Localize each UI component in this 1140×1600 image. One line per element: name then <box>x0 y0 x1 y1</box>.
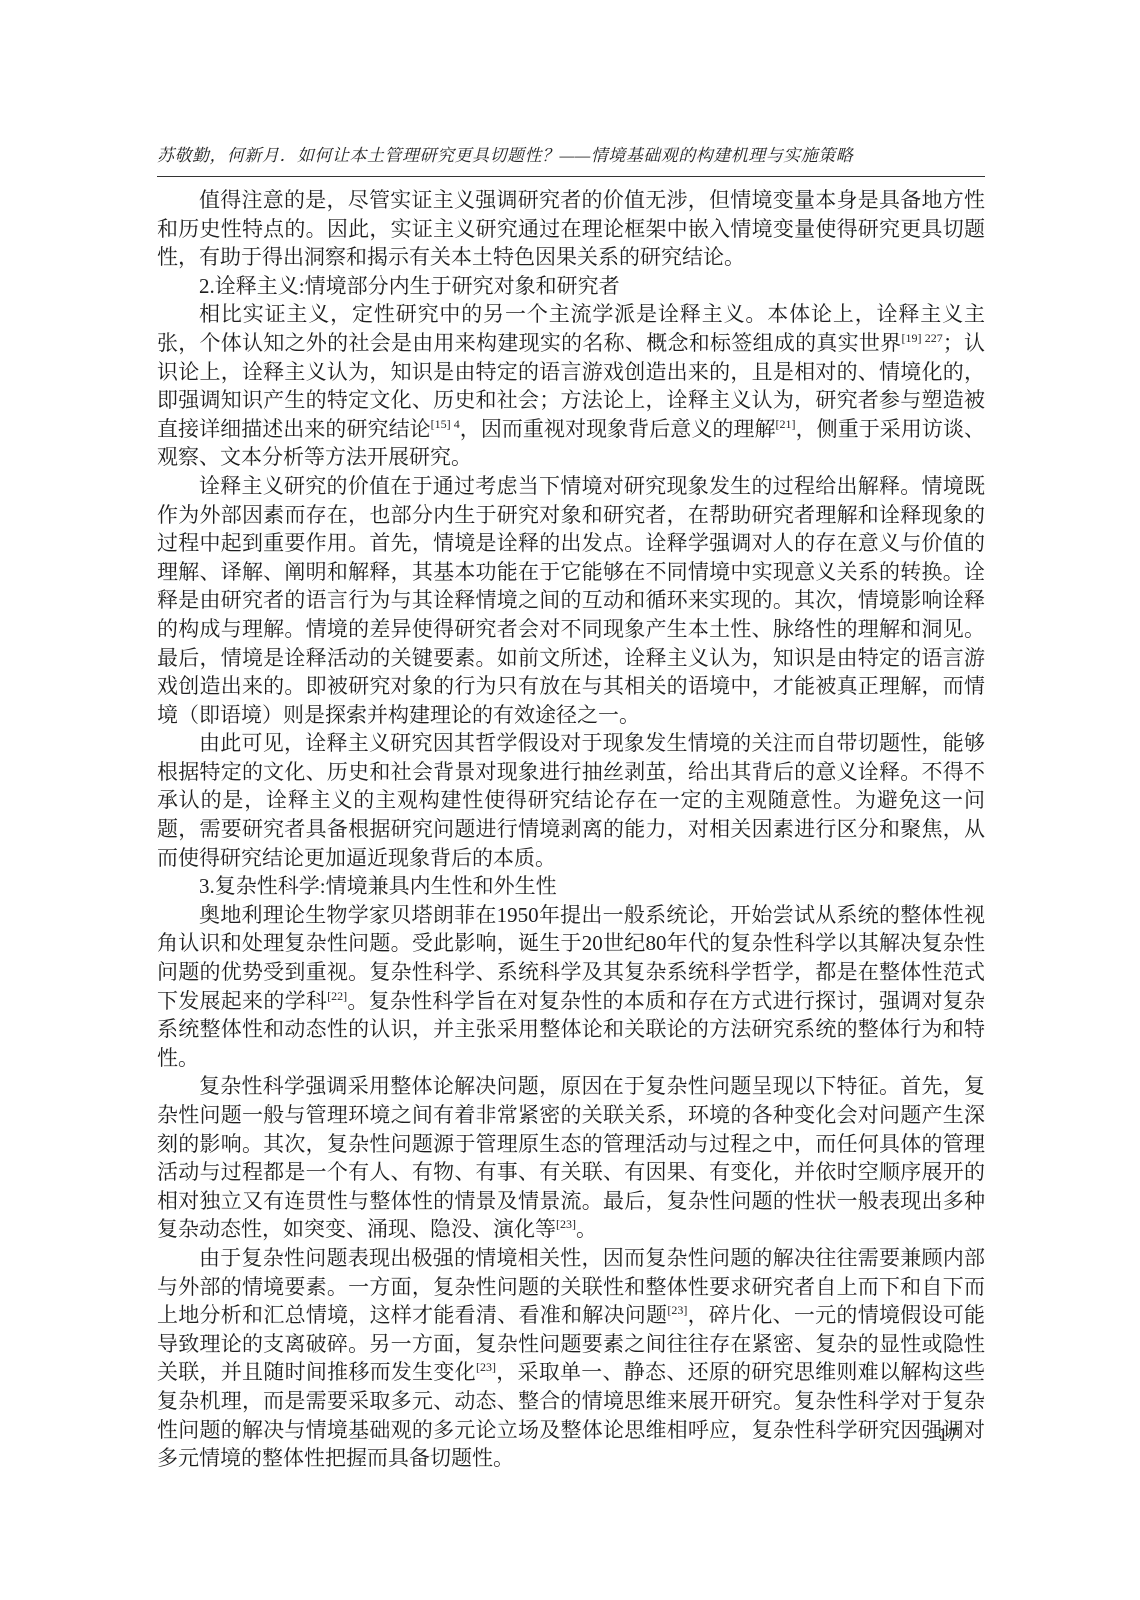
citation-ref: [23] <box>667 1303 687 1317</box>
citation-ref: [19] 227 <box>901 331 942 345</box>
paragraph: 相比实证主义，定性研究中的另一个主流学派是诠释主义。本体论上，诠释主义主张，个体… <box>157 300 985 472</box>
page-number: 17 <box>938 1424 958 1447</box>
section-heading: 3.复杂性科学:情境兼具内生性和外生性 <box>157 872 985 901</box>
section-heading: 2.诠释主义:情境部分内生于研究对象和研究者 <box>157 272 985 301</box>
paragraph: 值得注意的是，尽管实证主义强调研究者的价值无涉，但情境变量本身是具备地方性和历史… <box>157 186 985 272</box>
body-content: 值得注意的是，尽管实证主义强调研究者的价值无涉，但情境变量本身是具备地方性和历史… <box>157 186 985 1473</box>
paragraph: 由于复杂性问题表现出极强的情境相关性，因而复杂性问题的解决往往需要兼顾内部与外部… <box>157 1244 985 1473</box>
citation-ref: [22] <box>327 989 347 1003</box>
citation-ref: [23] <box>556 1217 576 1231</box>
running-header: 苏敬勤，何新月．如何让本土管理研究更具切题性？——情境基础观的构建机理与实施策略 <box>157 141 985 166</box>
header-rule <box>157 176 985 177</box>
paragraph: 奥地利理论生物学家贝塔朗菲在1950年提出一般系统论，开始尝试从系统的整体性视角… <box>157 901 985 1073</box>
paragraph: 由此可见，诠释主义研究因其哲学假设对于现象发生情境的关注而自带切题性，能够根据特… <box>157 729 985 872</box>
citation-ref: [15] 4 <box>431 417 460 431</box>
journal-page: 苏敬勤，何新月．如何让本土管理研究更具切题性？——情境基础观的构建机理与实施策略… <box>0 0 1140 1600</box>
citation-ref: [21] <box>776 417 796 431</box>
citation-ref: [23] <box>476 1360 496 1374</box>
paragraph: 复杂性科学强调采用整体论解决问题，原因在于复杂性问题呈现以下特征。首先，复杂性问… <box>157 1072 985 1244</box>
paragraph: 诠释主义研究的价值在于通过考虑当下情境对研究现象发生的过程给出解释。情境既作为外… <box>157 472 985 729</box>
